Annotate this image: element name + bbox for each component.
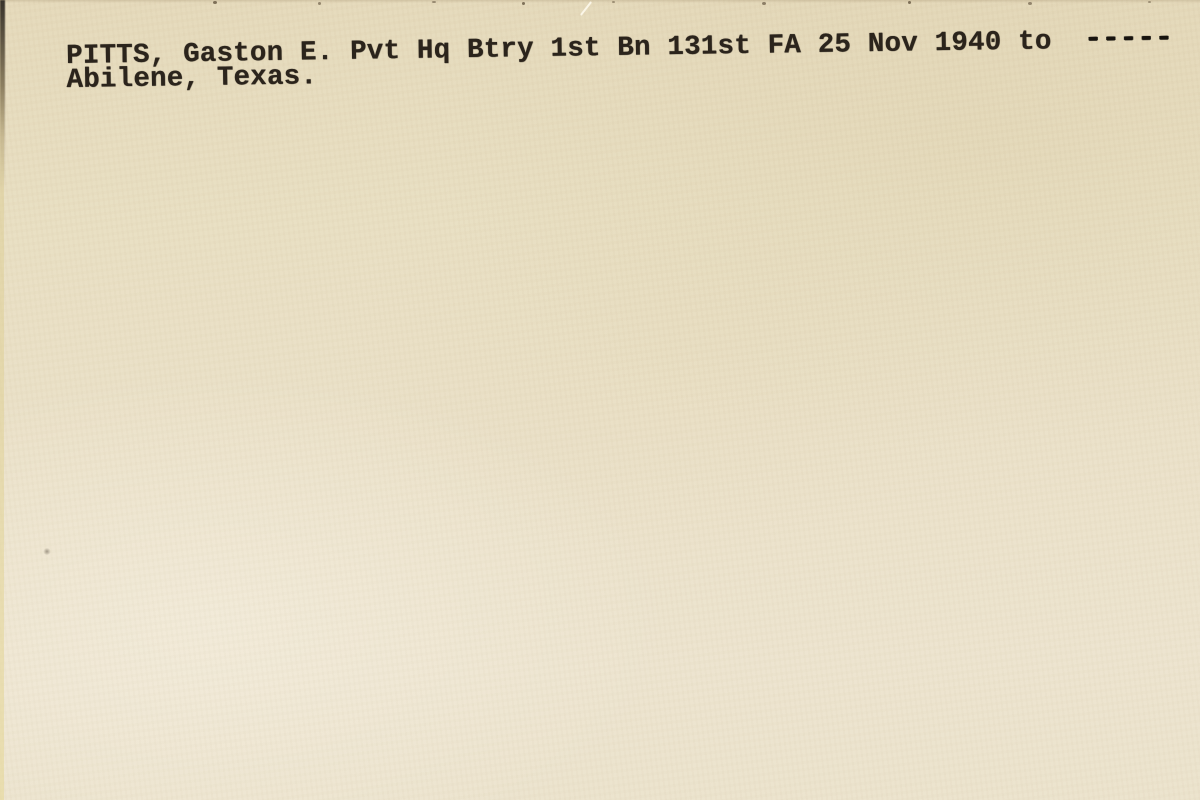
paper-speck <box>762 2 766 5</box>
paper-speck <box>522 2 525 5</box>
paper-speck <box>432 1 436 3</box>
typed-line-home-city: Abilene, Texas. <box>66 63 317 94</box>
paper-speck <box>1028 2 1032 5</box>
paper-speck <box>213 1 217 4</box>
home-city-text: Abilene, Texas. <box>66 61 317 96</box>
paper-grain-texture <box>0 0 1200 800</box>
scanned-card-page: PITTS, Gaston E. Pvt Hq Btry 1st Bn 131s… <box>0 0 1200 800</box>
paper-speck <box>318 2 321 5</box>
paper-speck <box>1148 1 1151 3</box>
scan-top-edge-shadow <box>0 0 1200 3</box>
paper-speck <box>908 1 911 4</box>
paper-dust-speck <box>43 548 51 555</box>
paper-speck <box>612 1 615 3</box>
open-ended-date-dashes: ----- <box>1085 23 1174 55</box>
scan-left-edge-shadow <box>0 0 5 190</box>
